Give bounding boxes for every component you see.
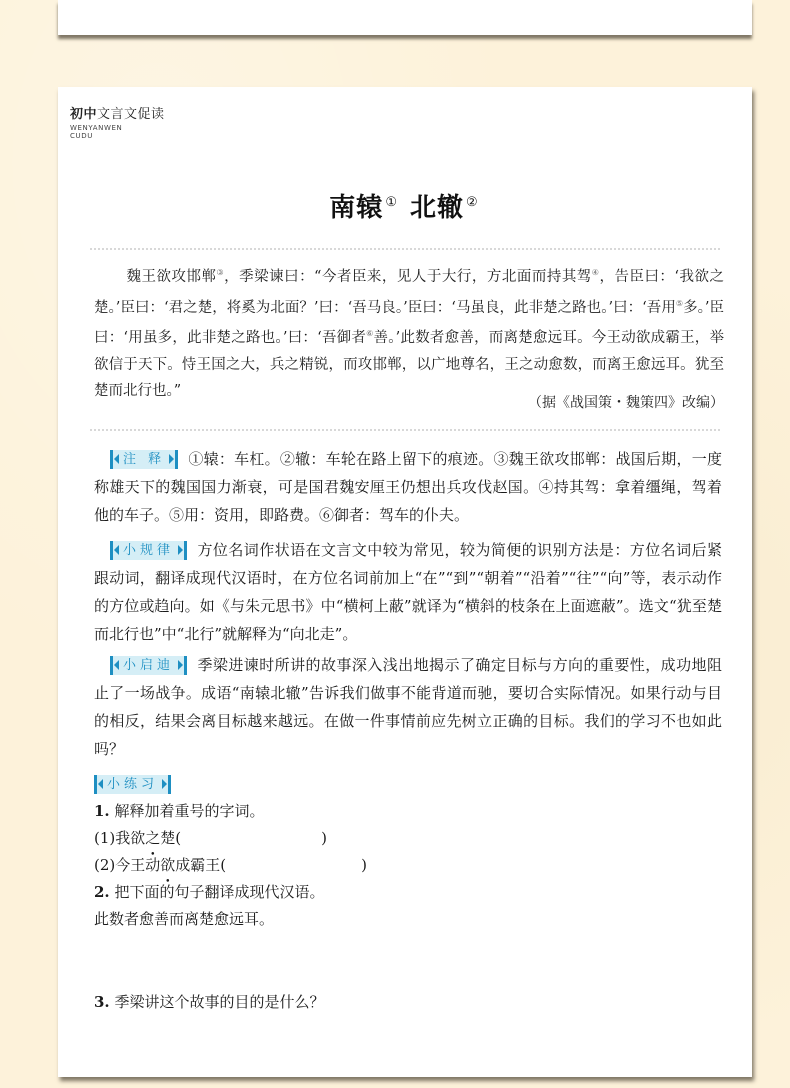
question-number: 1. bbox=[94, 802, 110, 820]
footnote-marker: ③ bbox=[216, 268, 224, 277]
page-title: 南辕① 北辙② bbox=[58, 187, 752, 224]
answer-space[interactable] bbox=[94, 933, 367, 989]
divider-bottom bbox=[90, 429, 720, 431]
rule-text: 方位名词作状语在文言文中较为常见，较为简便的识别方法是：方位名词后紧跟动词，翻译… bbox=[94, 541, 722, 643]
series-pinyin-line2: CUDU bbox=[70, 132, 165, 140]
exercise-section: 小练习 1. 解释加着重号的字词。 (1)我欲之楚() (2)今王动欲成霸王()… bbox=[94, 771, 367, 1016]
rule-section: 小规律方位名词作状语在文言文中较为常见，较为简便的识别方法是：方位名词后紧跟动词… bbox=[94, 536, 722, 648]
notes-section: 注 释①辕：车杠。②辙：车轮在路上留下的痕迹。③魏王欲攻邯郸：战国后期，一度称雄… bbox=[94, 445, 722, 529]
insight-section: 小启迪季梁进谏时所讲的故事深入浅出地揭示了确定目标与方向的重要性，成功地阻止了一… bbox=[94, 651, 722, 763]
classical-passage: 魏王欲攻邯郸③，季梁谏曰：“今者臣来，见人于大行，方北面而持其驾④，告臣曰：‘我… bbox=[94, 260, 724, 405]
book-page: 初中文言文促读 WENYANWEN CUDU 南辕① 北辙② 魏王欲攻邯郸③，季… bbox=[58, 87, 752, 1077]
rule-badge: 小规律 bbox=[110, 541, 187, 560]
question-number: 3. bbox=[94, 993, 110, 1011]
series-title-bold: 初中 bbox=[70, 107, 97, 122]
passage-source: （据《战国策・魏策四》改编） bbox=[528, 392, 724, 412]
exercise-badge: 小练习 bbox=[94, 775, 171, 794]
question-number: 2. bbox=[94, 883, 110, 901]
series-pinyin-line1: WENYANWEN bbox=[70, 124, 165, 132]
question-text: 楚( bbox=[160, 829, 181, 847]
question-text: 季梁讲这个故事的目的是什么？ bbox=[114, 993, 324, 1011]
title-footnote-2: ② bbox=[466, 195, 479, 210]
series-title: 初中文言文促读 bbox=[70, 103, 165, 122]
series-header: 初中文言文促读 WENYANWEN CUDU bbox=[70, 103, 165, 140]
insight-text: 季梁进谏时所讲的故事深入浅出地揭示了确定目标与方向的重要性，成功地阻止了一场战争… bbox=[94, 656, 722, 758]
notes-text: ①辕：车杠。②辙：车轮在路上留下的痕迹。③魏王欲攻邯郸：战国后期，一度称雄天下的… bbox=[94, 450, 722, 524]
question-text: 成霸王( bbox=[175, 856, 226, 874]
passage-text: 魏王欲攻邯郸 bbox=[126, 269, 216, 285]
title-footnote-1: ① bbox=[385, 195, 398, 210]
question-text: (1)我欲 bbox=[94, 829, 145, 847]
question-1: 1. 解释加着重号的字词。 bbox=[94, 798, 367, 825]
paren-close: ) bbox=[361, 856, 367, 874]
question-1a: (1)我欲之楚() bbox=[94, 825, 367, 852]
series-title-rest: 文言文促读 bbox=[97, 107, 165, 122]
question-3: 3. 季梁讲这个故事的目的是什么？ bbox=[94, 989, 367, 1016]
series-pinyin: WENYANWEN CUDU bbox=[70, 124, 165, 140]
question-1b: (2)今王动欲成霸王() bbox=[94, 852, 367, 879]
emphasis-dot-char: 欲 bbox=[160, 856, 175, 874]
question-text: 把下面的句子翻译成现代汉语。 bbox=[114, 883, 324, 901]
question-2-sentence: 此数者愈善而离楚愈远耳。 bbox=[94, 906, 367, 933]
question-text: 解释加着重号的字词。 bbox=[114, 802, 264, 820]
question-2: 2. 把下面的句子翻译成现代汉语。 bbox=[94, 879, 367, 906]
previous-page-edge bbox=[58, 0, 752, 35]
title-part1: 南辕 bbox=[329, 193, 383, 223]
notes-badge: 注 释 bbox=[110, 450, 178, 469]
paren-close: ) bbox=[321, 829, 327, 847]
insight-badge: 小启迪 bbox=[110, 656, 187, 675]
passage-text: ，季梁谏曰：“今者臣来，见人于大行，方北面而持其驾 bbox=[224, 269, 592, 285]
divider-top bbox=[90, 248, 720, 250]
footnote-marker: ⑤ bbox=[676, 299, 683, 308]
emphasis-dot-char: 之 bbox=[145, 829, 160, 847]
title-part2: 北辙 bbox=[410, 193, 464, 223]
